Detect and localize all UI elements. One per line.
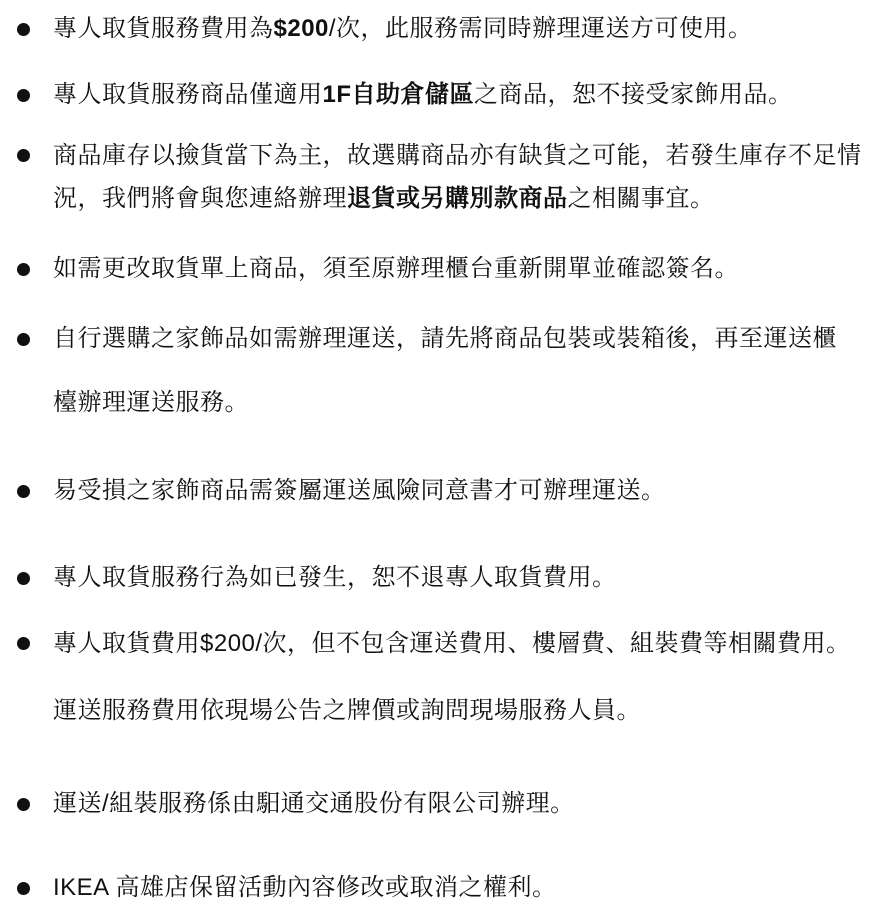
bullet-icon [17, 263, 30, 276]
bullet-icon [17, 149, 30, 162]
list-item-text: 專人取貨服務商品僅適用1F自助倉儲區之商品，恕不接受家飾用品。 [53, 80, 865, 110]
list-item-text: 專人取貨費用$200/次，但不包含運送費用、樓層費、組裝費等相關費用。運送服務費… [53, 610, 865, 744]
list-item-text: 易受損之家飾商品需簽屬運送風險同意書才可辦理運送。 [53, 476, 865, 506]
bullet-icon [17, 89, 30, 102]
list-item-text: 商品庫存以撿貨當下為主，故選購商品亦有缺貨之可能，若發生庫存不足情況，我們將會與… [53, 134, 865, 220]
bullet-icon [17, 798, 30, 811]
list-item: 自行選購之家飾品如需辦理運送，請先將商品包裝或裝箱後，再至運送櫃檯辦理運送服務。 [0, 307, 875, 435]
list-item: 專人取貨服務商品僅適用1F自助倉儲區之商品，恕不接受家飾用品。 [0, 80, 875, 110]
list-item: IKEA 高雄店保留活動內容修改或取消之權利。 [0, 873, 875, 903]
bullet-icon [17, 572, 30, 585]
list-item: 專人取貨費用$200/次，但不包含運送費用、樓層費、組裝費等相關費用。運送服務費… [0, 610, 875, 744]
list-item: 專人取貨服務費用為$200/次，此服務需同時辦理運送方可使用。 [0, 14, 875, 44]
list-item-text: 運送/組裝服務係由馹通交通股份有限公司辦理。 [53, 789, 865, 819]
list-item-text: 如需更改取貨單上商品，須至原辦理櫃台重新開單並確認簽名。 [53, 254, 865, 284]
bullet-icon [17, 882, 30, 895]
bullet-icon [17, 485, 30, 498]
notice-page: 專人取貨服務費用為$200/次，此服務需同時辦理運送方可使用。 專人取貨服務商品… [0, 0, 875, 918]
list-item-text: 專人取貨服務費用為$200/次，此服務需同時辦理運送方可使用。 [53, 14, 865, 44]
bullet-icon [17, 637, 30, 650]
list-item: 商品庫存以撿貨當下為主，故選購商品亦有缺貨之可能，若發生庫存不足情況，我們將會與… [0, 134, 875, 220]
list-item-text: 自行選購之家飾品如需辦理運送，請先將商品包裝或裝箱後，再至運送櫃檯辦理運送服務。 [53, 307, 865, 435]
list-item-text: 專人取貨服務行為如已發生，恕不退專人取貨費用。 [53, 563, 865, 593]
list-item: 如需更改取貨單上商品，須至原辦理櫃台重新開單並確認簽名。 [0, 254, 875, 284]
bullet-icon [17, 23, 30, 36]
list-item: 運送/組裝服務係由馹通交通股份有限公司辦理。 [0, 789, 875, 819]
list-item-text: IKEA 高雄店保留活動內容修改或取消之權利。 [53, 873, 865, 903]
bullet-icon [17, 333, 30, 346]
list-item: 易受損之家飾商品需簽屬運送風險同意書才可辦理運送。 [0, 476, 875, 506]
list-item: 專人取貨服務行為如已發生，恕不退專人取貨費用。 [0, 563, 875, 593]
